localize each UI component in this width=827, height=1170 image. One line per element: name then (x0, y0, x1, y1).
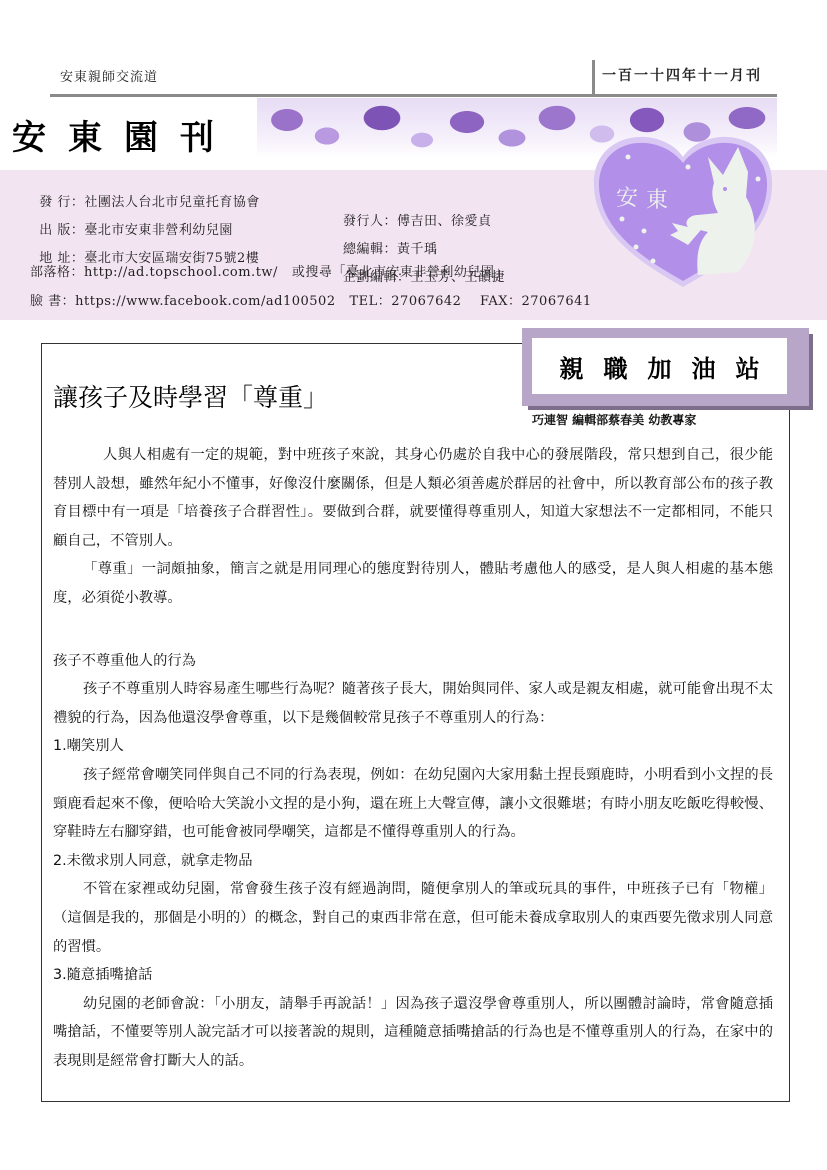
section-badge: 親職加油站 (532, 338, 787, 394)
item-heading: 2.未徵求別人同意，就拿走物品 (53, 847, 773, 876)
issue-date: 一百一十四年十一月刊 (602, 65, 762, 85)
section-badge-label: 親職加油站 (540, 349, 780, 384)
facebook-contact[interactable]: 臉 書：https://www.facebook.com/ad100502 TE… (30, 290, 592, 309)
masthead-title: 安東園刊 (12, 110, 236, 159)
blog-link[interactable]: 部落格：http://ad.topschool.com.tw/ 或搜尋「臺北市安… (30, 261, 508, 280)
article-body: 人與人相處有一定的規範，對中班孩子來說，其身心仍處於自我中心的發展階段，常只想到… (53, 441, 773, 1075)
svg-text:安: 安 (616, 186, 638, 211)
article-title: 讓孩子及時學習「尊重」 (53, 378, 328, 414)
paragraph: 幼兒園的老師會說：「小朋友，請舉手再說話！」因為孩子還沒學會尊重別人，所以團體討… (53, 990, 773, 1076)
paragraph: 「尊重」一詞頗抽象，簡言之就是用同理心的態度對待別人，體貼考慮他人的感受，是人與… (53, 555, 773, 612)
spacer (53, 613, 773, 635)
svg-text:東: 東 (646, 188, 668, 213)
chief-editor: 總編輯：黃千瑀 (343, 238, 438, 257)
column-label: 安東親師交流道 (60, 66, 158, 85)
item-heading: 1.嘲笑別人 (53, 732, 773, 761)
item-heading: 3.隨意插嘴搶話 (53, 961, 773, 990)
paragraph: 孩子不尊重別人時容易產生哪些行為呢？隨著孩子長大，開始與同伴、家人或是親友相處，… (53, 675, 773, 732)
article-byline: 巧連智 編輯部蔡春美 幼教專家 (532, 411, 696, 428)
publisher-people: 發行人：傅吉田、徐愛貞 (343, 210, 492, 229)
paragraph: 孩子經常會嘲笑同伴與自己不同的行為表現，例如：在幼兒園內大家用黏土捏長頸鹿時，小… (53, 761, 773, 847)
subheading: 孩子不尊重他人的行為 (53, 647, 773, 676)
andong-heart-logo-icon: 安 東 (588, 127, 778, 292)
header-divider-vertical (592, 60, 595, 96)
header-divider (50, 94, 777, 97)
paragraph: 人與人相處有一定的規範，對中班孩子來說，其身心仍處於自我中心的發展階段，常只想到… (53, 441, 773, 555)
paragraph: 不管在家裡或幼兒園，常會發生孩子沒有經過詢問，隨便拿別人的筆或玩具的事件，中班孩… (53, 875, 773, 961)
